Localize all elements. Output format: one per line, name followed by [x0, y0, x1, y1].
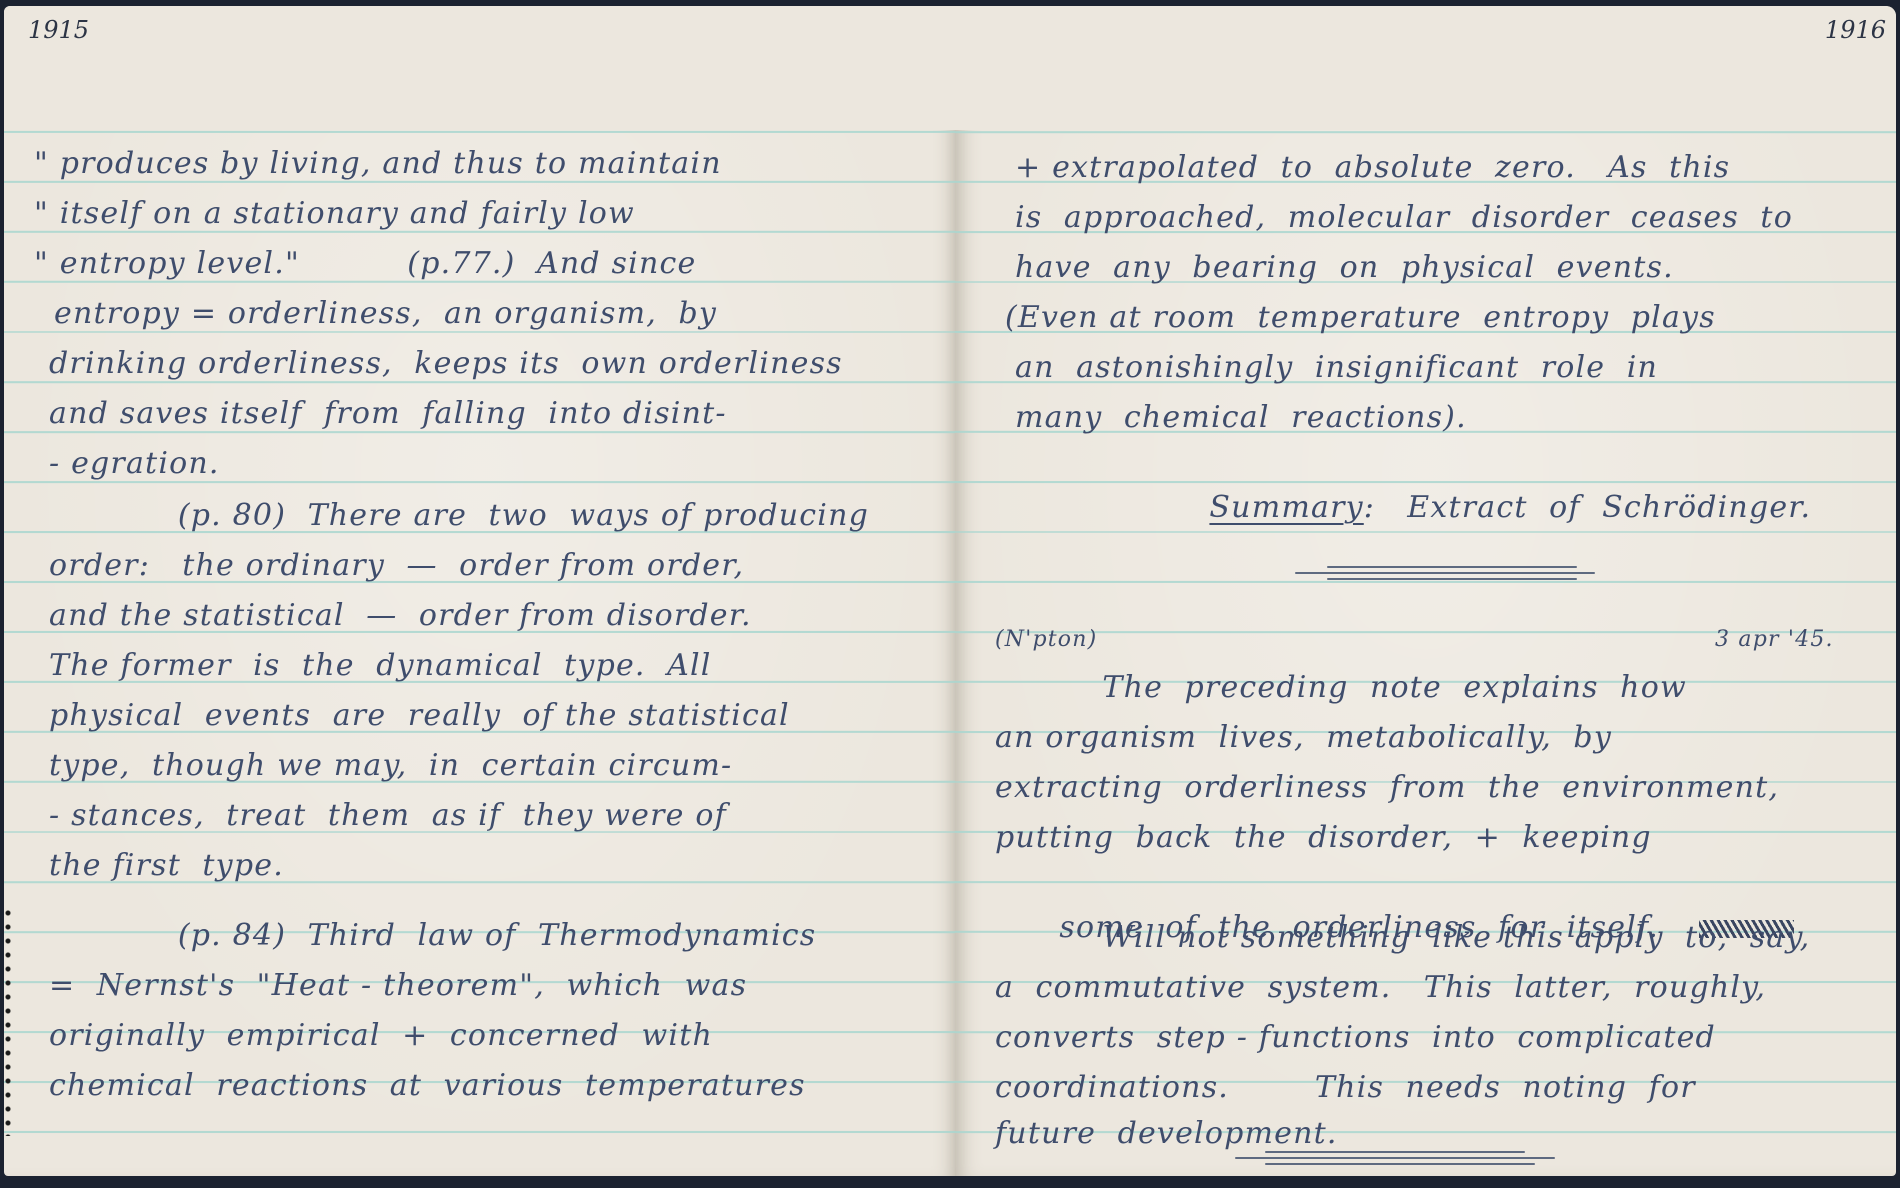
entry-date: 3 apr '45. [1715, 620, 1834, 660]
text-line: putting back the disorder, + keeping [995, 818, 1652, 858]
summary-label: Summary [1209, 490, 1363, 525]
text-line: = Nernst's "Heat - theorem", which was [49, 966, 747, 1006]
text-line: " entropy level." (p.77.) And since [34, 244, 696, 284]
text-line: order: the ordinary — order from order, [49, 546, 744, 586]
text-line: many chemical reactions). [1015, 398, 1467, 438]
text-line: chemical reactions at various temperatur… [49, 1066, 806, 1106]
section-divider-flourish [1295, 566, 1595, 580]
entry-location: (N'pton) [995, 620, 1097, 660]
text-line: and the statistical — order from disorde… [49, 596, 752, 636]
text-line: coordinations. This needs noting for [995, 1068, 1696, 1108]
text-line: entropy = orderliness, an organism, by [54, 294, 717, 334]
summary-text: : Extract of Schrödinger. [1364, 490, 1812, 525]
text-line: a commutative system. This latter, rough… [995, 968, 1766, 1008]
end-flourish [1235, 1151, 1555, 1165]
text-line: " itself on a stationary and fairly low [34, 194, 635, 234]
text-line: and saves itself from falling into disin… [49, 394, 727, 434]
text-line: - stances, treat them as if they were of [49, 796, 727, 836]
page-number-right: 1916 [1825, 16, 1886, 44]
text-line: physical events are really of the statis… [49, 696, 790, 736]
text-line: extracting orderliness from the environm… [995, 768, 1779, 808]
summary-heading: Summary: Extract of Schrödinger. [1145, 448, 1811, 568]
text-line: - egration. [49, 444, 220, 484]
text-line: an astonishingly insignificant role in [1015, 348, 1658, 388]
text-line: The former is the dynamical type. All [49, 646, 712, 686]
binding-holes [4, 906, 12, 1136]
text-line: an organism lives, metabolically, by [995, 718, 1612, 758]
page-number-left: 1915 [28, 16, 89, 44]
text-line: Will not something like this apply to, s… [995, 918, 1810, 958]
text-line: future development. [995, 1114, 1338, 1154]
text-line: The preceding note explains how [995, 668, 1687, 708]
text-line: (p. 80) There are two ways of producing [49, 496, 869, 536]
notebook-spread: 1915 " produces by living, and thus to m… [0, 0, 1900, 1188]
text-line: type, though we may, in certain circum- [49, 746, 732, 786]
left-page: 1915 " produces by living, and thus to m… [4, 6, 955, 1176]
text-line: is approached, molecular disorder ceases… [1015, 198, 1793, 238]
text-line: (p. 84) Third law of Thermodynamics [49, 916, 816, 956]
text-line: drinking orderliness, keeps its own orde… [49, 344, 843, 384]
text-line: " produces by living, and thus to mainta… [34, 144, 722, 184]
right-page: 1916 + extrapolated to absolute zero. As… [955, 6, 1896, 1176]
text-line: the first type. [49, 846, 284, 886]
text-line: have any bearing on physical events. [1015, 248, 1674, 288]
text-line: + extrapolated to absolute zero. As this [1015, 148, 1730, 188]
text-line: originally empirical + concerned with [49, 1016, 713, 1056]
text-line: (Even at room temperature entropy plays [1005, 298, 1716, 338]
text-line: converts step - functions into complicat… [995, 1018, 1716, 1058]
